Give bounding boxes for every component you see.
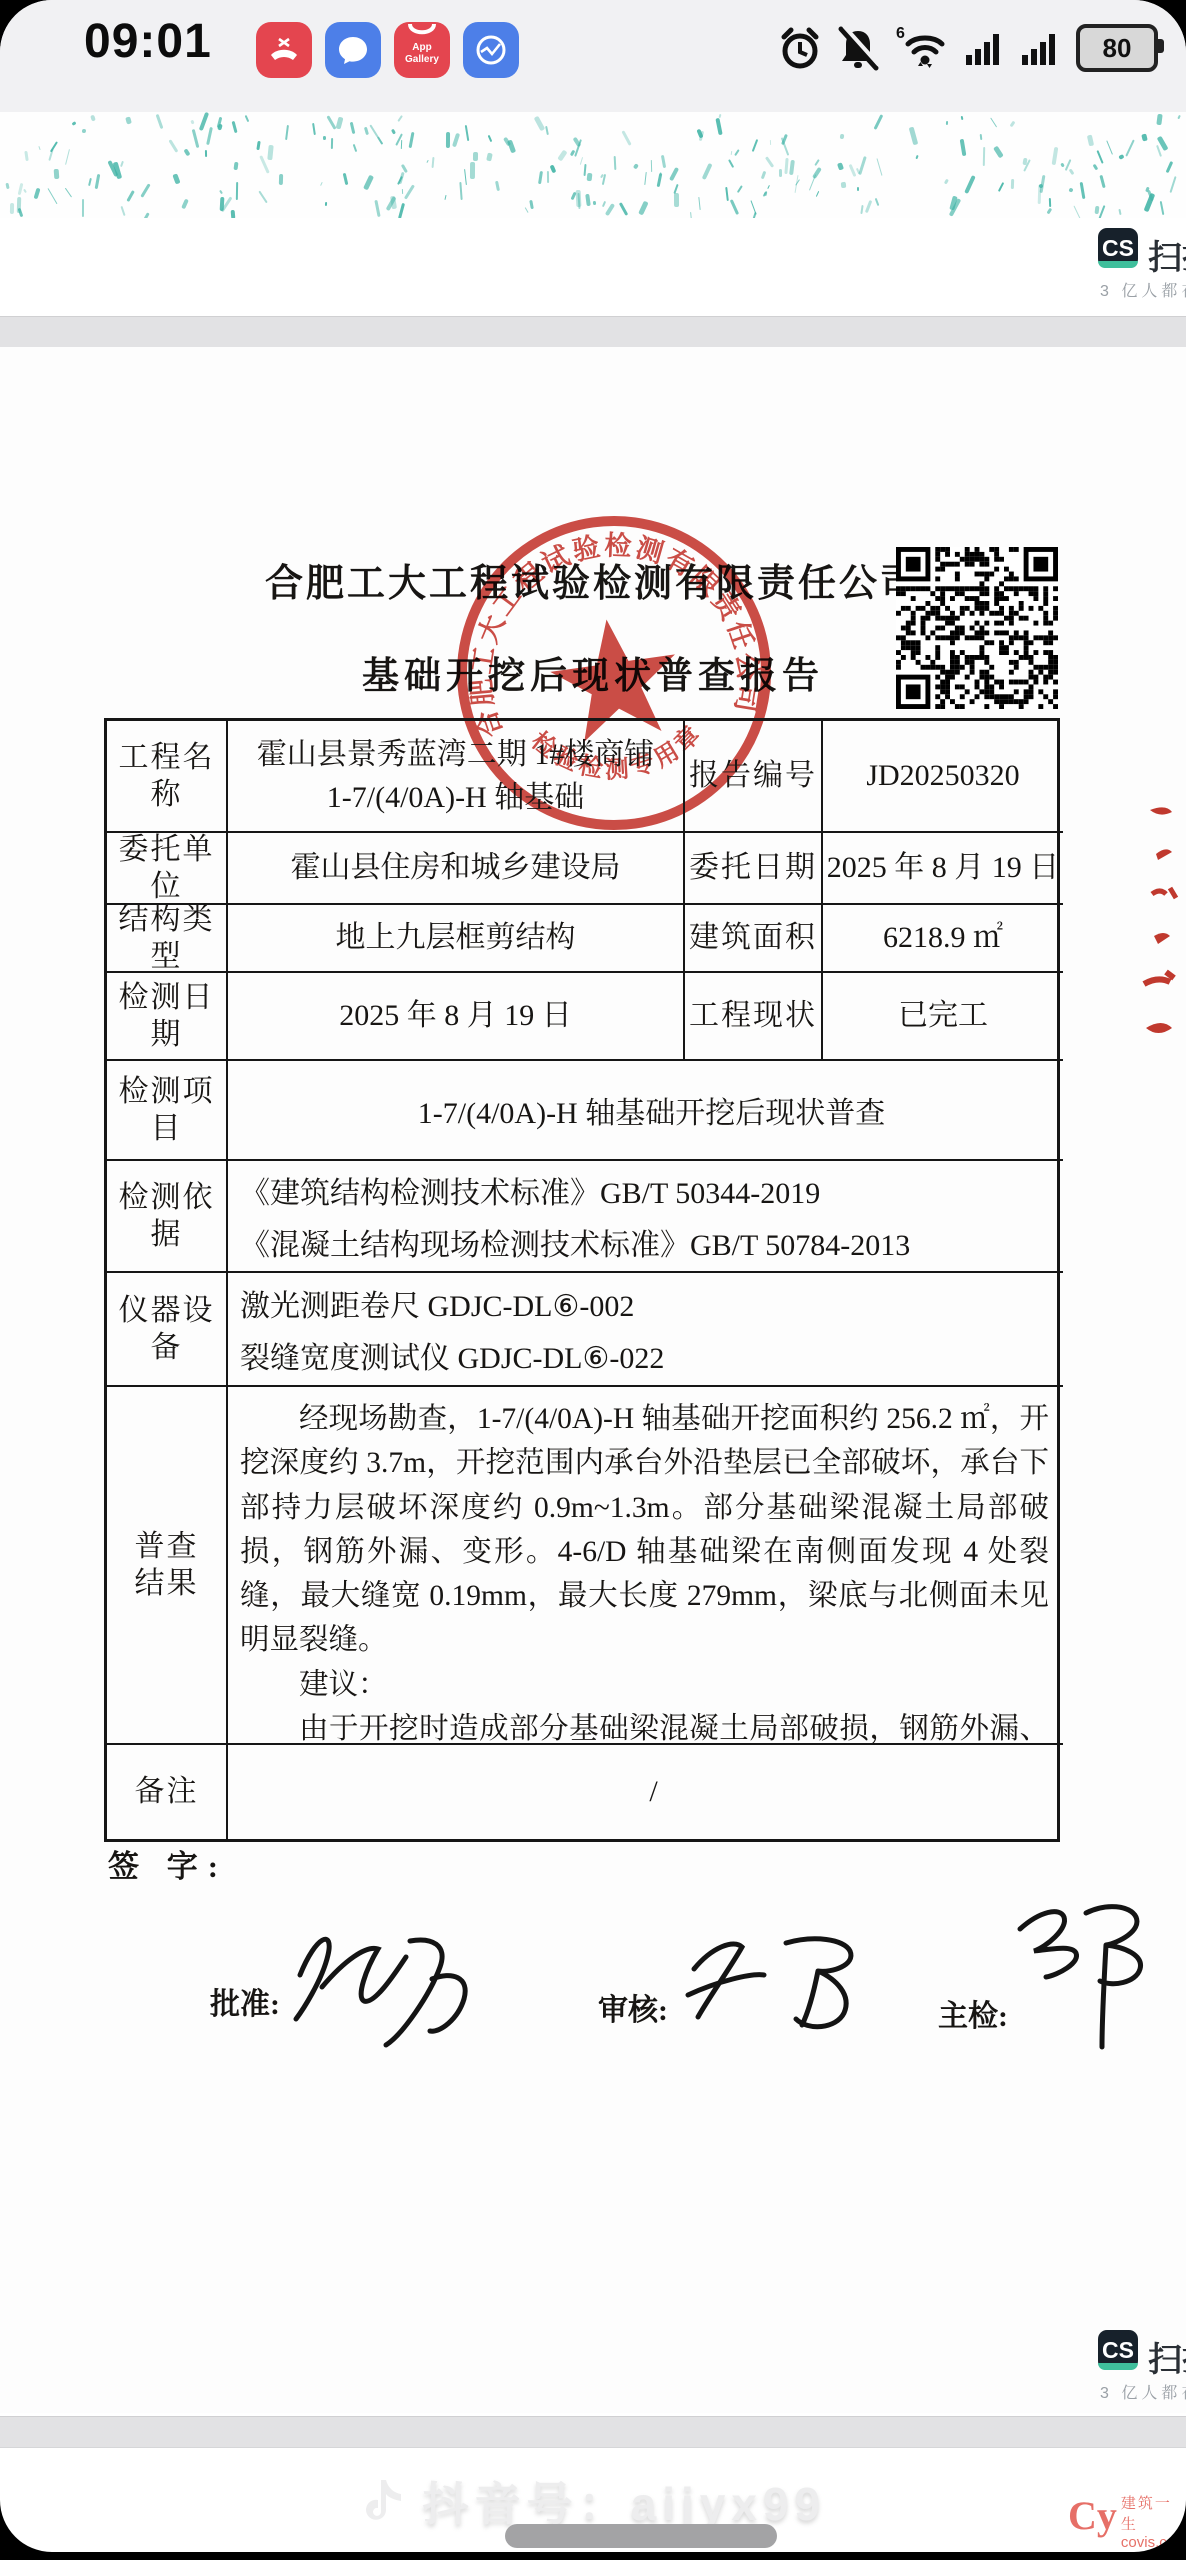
review-label: 审核:: [598, 1985, 668, 2029]
row-value: 霍山县景秀蓝湾二期 1#楼商铺 1-7/(4/0A)-H 轴基础: [228, 721, 685, 833]
row-label2: 建筑面积: [685, 905, 823, 973]
phone-screen: 09:01 App Gallery 6: [0, 0, 1186, 2552]
status-bar: 09:01 App Gallery 6: [0, 0, 1186, 112]
row-value: 地上九层框剪结构: [228, 905, 685, 973]
battery-indicator: 80: [1076, 24, 1158, 72]
notification-app-icons: App Gallery: [256, 22, 519, 78]
covis-watermark: Cy 建筑一生 covis.com: [1068, 2492, 1186, 2551]
browser-app-icon[interactable]: [463, 22, 519, 78]
camscanner-badge-top[interactable]: CS 扫描 3 亿人都在用: [1098, 228, 1186, 298]
clock-time: 09:01: [84, 14, 212, 69]
survey-label: 普查 结果: [107, 1387, 228, 1745]
row-label2: 委托日期: [685, 833, 823, 905]
svg-text:6: 6: [896, 25, 905, 42]
chief-signature: [1002, 1889, 1162, 2059]
camscanner-tagline: 3 亿人都在用: [1100, 2380, 1186, 2403]
remark-label: 备注: [107, 1745, 228, 1839]
row-value2: 2025 年 8 月 19 日: [823, 833, 1063, 905]
row-label: 检测依据: [107, 1161, 228, 1273]
divider-strip-top: [0, 316, 1186, 348]
camscanner-app-name: 扫描: [1148, 2332, 1186, 2381]
row-value2: 已完工: [823, 973, 1063, 1061]
row-value2: JD20250320: [823, 721, 1063, 833]
messages-app-icon[interactable]: [325, 22, 381, 78]
phone-screenshot: 09:01 App Gallery 6: [0, 0, 1186, 2560]
camscanner-app-name: 扫描: [1148, 230, 1186, 279]
camscanner-logo-icon: CS: [1098, 2330, 1138, 2370]
app-gallery-label: App Gallery: [394, 42, 450, 65]
alarm-icon: [778, 25, 822, 71]
teal-speckle-banner: [0, 112, 1186, 218]
approve-signature: [282, 1915, 512, 2055]
mute-bell-icon: [836, 25, 880, 71]
row-label: 工程名称: [107, 721, 228, 833]
row-label: 检测日期: [107, 973, 228, 1061]
basis-value: 《建筑结构检测技术标准》GB/T 50344-2019 《混凝土结构现场检测技术…: [228, 1161, 1063, 1273]
remark-value: /: [228, 1745, 1063, 1839]
camscanner-tagline: 3 亿人都在用: [1100, 278, 1186, 301]
project-item-value: 1-7/(4/0A)-H 轴基础开挖后现状普查: [228, 1061, 1063, 1161]
approve-label: 批准:: [210, 1979, 280, 2023]
signal-bars-icon-2: [1020, 27, 1062, 69]
douyin-note-icon: [360, 2476, 404, 2528]
camscanner-logo-icon: CS: [1098, 228, 1138, 268]
signal-bars-icon-1: [964, 27, 1006, 69]
row-value2: 6218.9 ㎡: [823, 905, 1063, 973]
home-indicator[interactable]: [505, 2524, 777, 2548]
row-label2: 报告编号: [685, 721, 823, 833]
row-label: 委托单位: [107, 833, 228, 905]
chief-label: 主检:: [938, 1991, 1008, 2035]
row-value: 霍山县住房和城乡建设局: [228, 833, 685, 905]
status-icons: 6 80: [778, 24, 1158, 72]
missed-call-app-icon[interactable]: [256, 22, 312, 78]
row-value: 2025 年 8 月 19 日: [228, 973, 685, 1061]
qr-code: [896, 547, 1058, 709]
camscanner-badge-bottom[interactable]: CS 扫描 3 亿人都在用: [1098, 2330, 1186, 2400]
red-edge-marks: [1136, 802, 1182, 1092]
covis-logo: Cy: [1068, 2492, 1117, 2551]
row-label2: 工程现状: [685, 973, 823, 1061]
wifi6-icon: 6: [894, 24, 950, 72]
app-gallery-app-icon[interactable]: App Gallery: [394, 22, 450, 78]
row-label: 检测项目: [107, 1061, 228, 1161]
battery-percent: 80: [1103, 33, 1132, 64]
scanned-report: 合肥工大工程试验检测有限责任公司 基础开挖后现状普查报告 合肥工大工程试验检测有…: [0, 347, 1186, 2413]
signature-heading: 签 字:: [108, 1841, 228, 1886]
row-label: 结构类型: [107, 905, 228, 973]
survey-result-text: 经现场勘查，1-7/(4/0A)-H 轴基础开挖面积约 256.2 ㎡，开挖深度…: [228, 1387, 1063, 1745]
review-signature: [668, 1921, 888, 2041]
divider-strip-bottom: [0, 2416, 1186, 2448]
instruments-value: 激光测距卷尺 GDJC-DL⑥-002 裂缝宽度测试仪 GDJC-DL⑥-022: [228, 1273, 1063, 1387]
signature-row: 批准: 审核: 主检:: [0, 1907, 1186, 2057]
report-table: 工程名称 霍山县景秀蓝湾二期 1#楼商铺 1-7/(4/0A)-H 轴基础 报告…: [104, 718, 1060, 1842]
row-label: 仪器设备: [107, 1273, 228, 1387]
